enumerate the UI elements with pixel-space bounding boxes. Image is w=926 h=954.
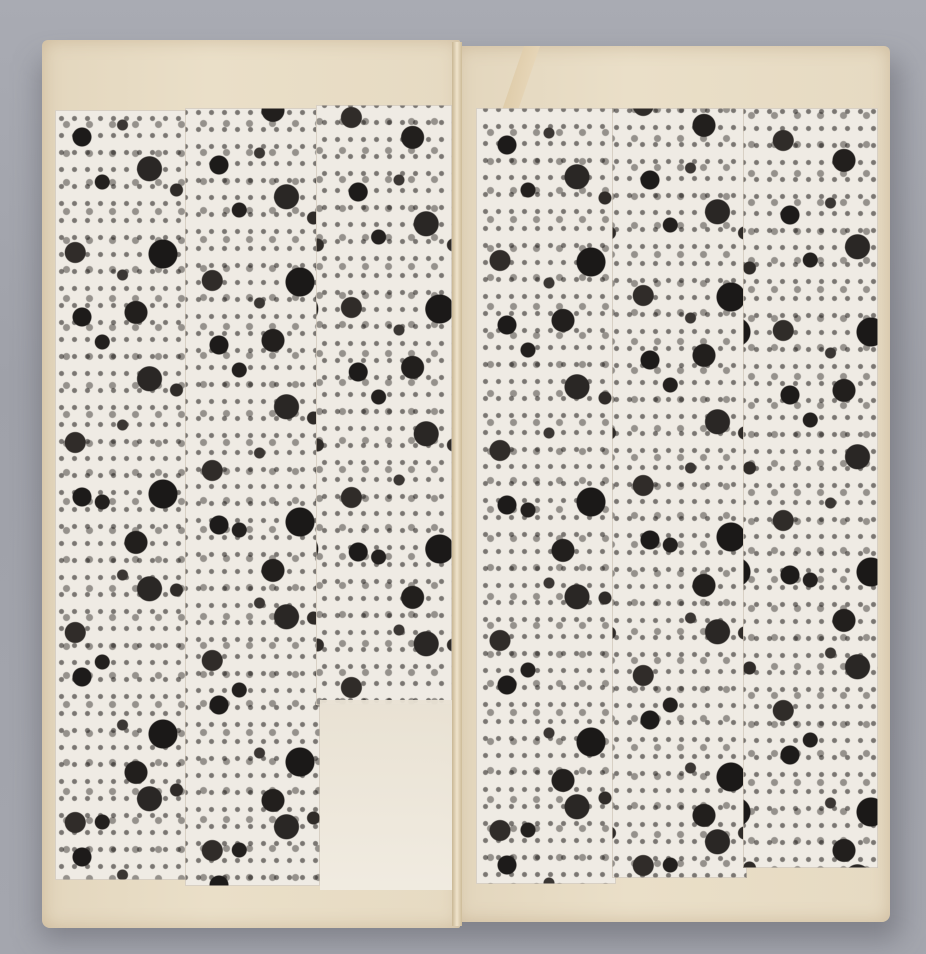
book-spine [452,42,462,926]
blank-paper-patch [320,700,452,890]
rubbing-column-right-3 [743,108,878,868]
rubbing-column-left-2 [185,108,320,886]
rubbing-column-left-1 [55,110,190,880]
rubbing-column-right-1 [476,108,616,884]
rubbing-column-right-2 [612,108,747,878]
rubbing-column-left-3 [316,105,452,705]
